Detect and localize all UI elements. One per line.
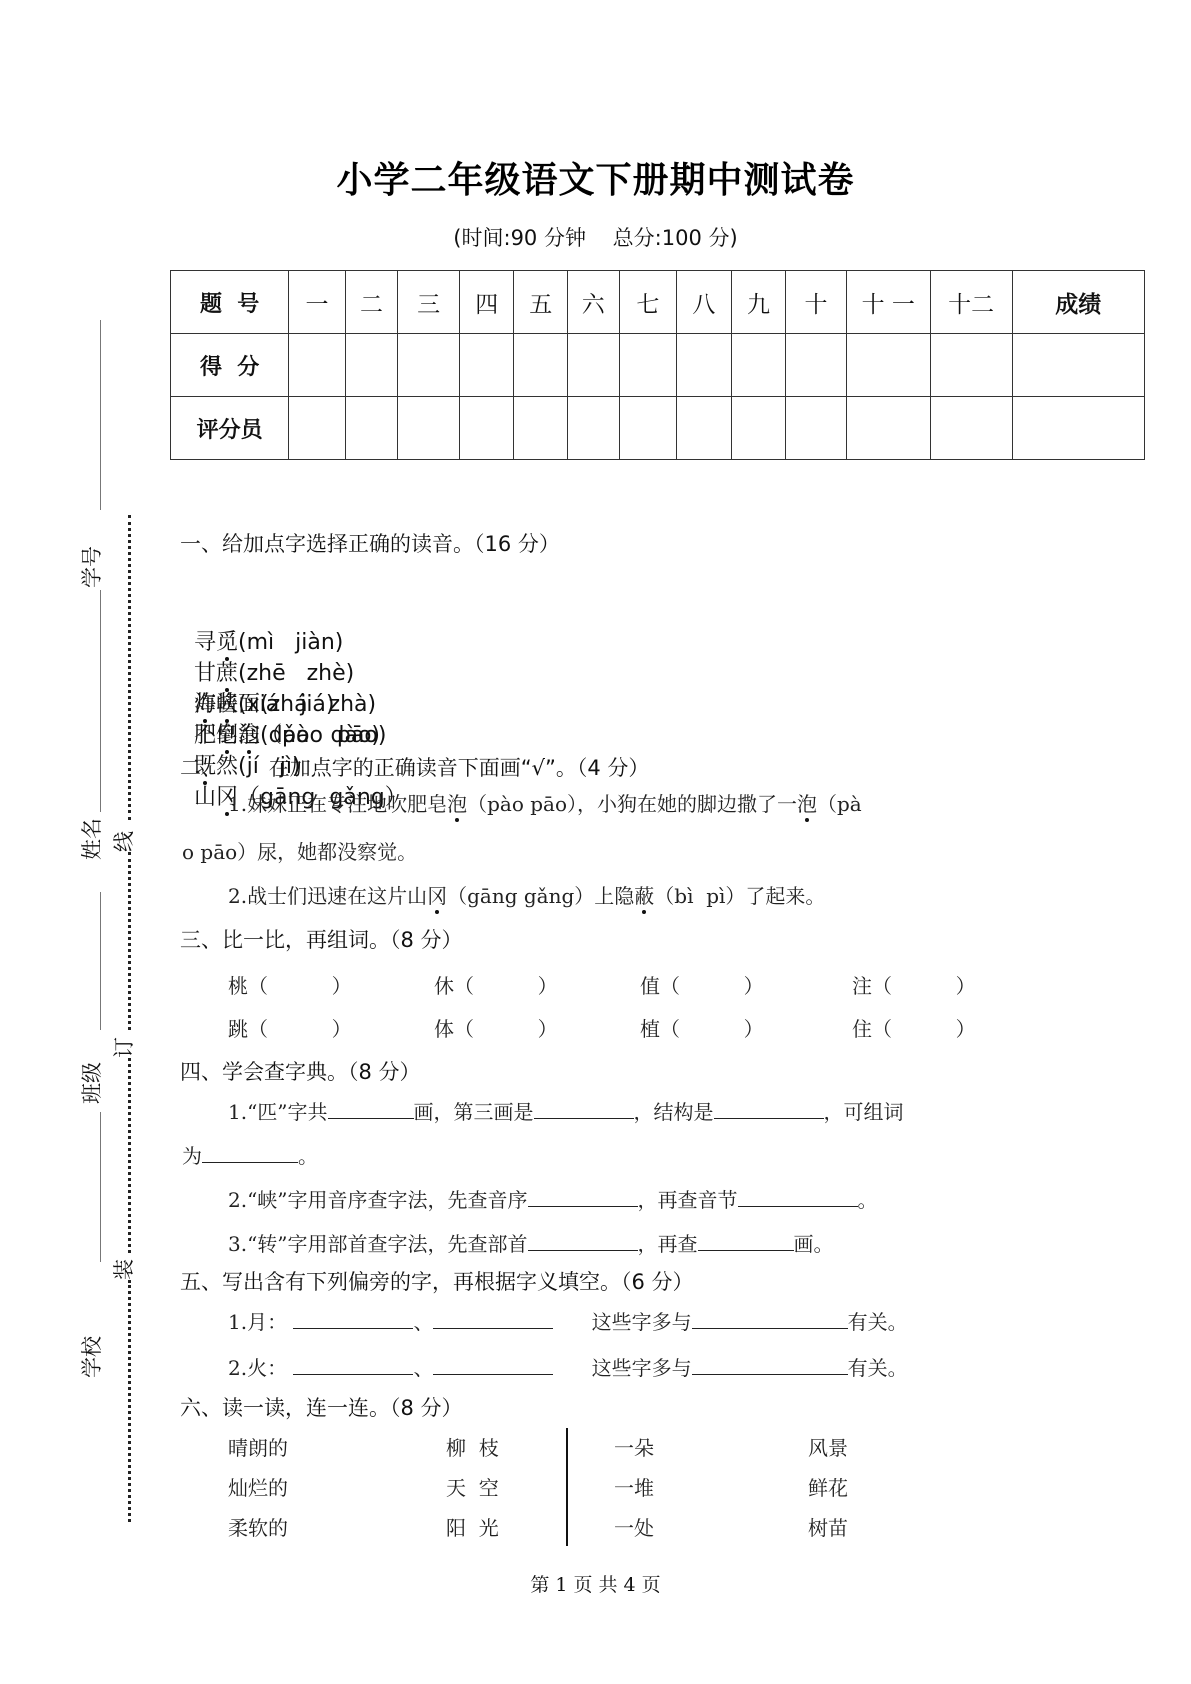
section-2-item-2: 2.战士们迅速在这片山冈（gāng gǎng）上隐蔽（bì pì）了起来。 xyxy=(228,880,825,909)
row-header-grader: 评分员 xyxy=(171,397,289,460)
word-item: 不倒翁(dǎo dào) xyxy=(194,723,380,748)
section-3-heading: 三、比一比，再组词。（8 分） xyxy=(180,924,463,954)
row-header-question-number: 题 号 xyxy=(171,271,289,334)
section-5-heading: 五、写出含有下列偏旁的字，再根据字义填空。（6 分） xyxy=(180,1266,694,1296)
section-4-question-1-cont: 为。 xyxy=(182,1140,318,1169)
score-cell xyxy=(930,334,1012,397)
page-number: 第 1 页 共 4 页 xyxy=(0,1570,1191,1597)
binding-dotted-line xyxy=(128,1280,131,1522)
score-cell xyxy=(459,334,514,397)
grader-cell xyxy=(289,397,346,460)
grader-cell xyxy=(731,397,786,460)
answer-blank[interactable] xyxy=(698,1232,794,1251)
score-row: 得 分 xyxy=(171,334,1145,397)
class-label: 班级 xyxy=(76,1062,106,1104)
compare-item: 值（ ） xyxy=(640,970,764,999)
answer-blank[interactable] xyxy=(738,1188,858,1207)
binding-mark-line: 线 xyxy=(108,831,138,852)
grader-cell xyxy=(846,397,930,460)
match-right-word: 一处 xyxy=(614,1512,654,1541)
column-header: 五 xyxy=(514,271,568,334)
column-header: 一 xyxy=(289,271,346,334)
section-2-heading: 二、 在加点字的正确读音下面画“√”。（4 分） xyxy=(180,752,649,782)
question-number-row: 题 号 一 二 三 四 五 六 七 八 九 十 十 一 十二 成绩 xyxy=(171,271,1145,334)
match-left-target: 天 空 xyxy=(446,1472,499,1501)
column-header: 十二 xyxy=(930,271,1012,334)
match-left-target: 阳 光 xyxy=(446,1512,499,1541)
score-cell xyxy=(345,334,398,397)
name-line xyxy=(100,892,101,1030)
compare-item: 休（ ） xyxy=(434,970,558,999)
column-header: 九 xyxy=(731,271,786,334)
grader-cell-total xyxy=(1012,397,1144,460)
answer-blank[interactable] xyxy=(433,1356,553,1375)
match-right-word: 一朵 xyxy=(614,1432,654,1461)
match-right-word: 一堆 xyxy=(614,1472,654,1501)
answer-blank[interactable] xyxy=(528,1232,638,1251)
grader-cell xyxy=(930,397,1012,460)
answer-blank[interactable] xyxy=(433,1310,553,1329)
binding-mark-bind: 装 xyxy=(108,1259,138,1280)
grader-cell xyxy=(619,397,677,460)
compare-item: 跳（ ） xyxy=(228,1013,352,1042)
exam-info: (时间:90 分钟 总分:100 分) xyxy=(0,222,1191,252)
binding-dotted-line xyxy=(128,515,131,820)
school-label: 学校 xyxy=(76,1336,106,1378)
class-line xyxy=(100,1112,101,1262)
column-header-total: 成绩 xyxy=(1012,271,1144,334)
section-2-item-1: 1.妹妹正在专注地吹肥皂泡（pào pāo），小狗在她的脚边撒了一泡（pà xyxy=(228,788,862,817)
answer-blank[interactable] xyxy=(692,1310,848,1329)
grader-cell xyxy=(568,397,620,460)
column-header: 三 xyxy=(398,271,460,334)
answer-blank[interactable] xyxy=(534,1100,634,1119)
binding-mark-staple: 订 xyxy=(108,1037,138,1058)
column-header: 十 xyxy=(786,271,847,334)
section-4-question-2: 2.“峡”字用音序查字法，先查音序，再查音节。 xyxy=(228,1184,878,1213)
section-1-heading: 一、给加点字选择正确的读音。（16 分） xyxy=(180,528,560,558)
column-header: 六 xyxy=(568,271,620,334)
column-divider xyxy=(566,1428,568,1546)
student-id-line xyxy=(100,590,101,812)
score-cell xyxy=(786,334,847,397)
match-left-word: 晴朗的 xyxy=(228,1432,288,1461)
column-header: 八 xyxy=(677,271,732,334)
grader-cell xyxy=(786,397,847,460)
compare-item: 注（ ） xyxy=(852,970,976,999)
score-cell xyxy=(514,334,568,397)
compare-item: 桃（ ） xyxy=(228,970,352,999)
score-cell xyxy=(846,334,930,397)
answer-blank[interactable] xyxy=(202,1144,298,1163)
section-2-item-1-cont: o pāo）尿，她都没察觉。 xyxy=(182,836,417,865)
score-cell xyxy=(677,334,732,397)
answer-blank[interactable] xyxy=(714,1100,824,1119)
match-left-word: 灿烂的 xyxy=(228,1472,288,1501)
score-cell xyxy=(619,334,677,397)
grader-row: 评分员 xyxy=(171,397,1145,460)
match-right-target: 鲜花 xyxy=(808,1472,848,1501)
answer-blank[interactable] xyxy=(692,1356,848,1375)
match-left-word: 柔软的 xyxy=(228,1512,288,1541)
score-cell xyxy=(568,334,620,397)
section-5-item-2: 2.火： 、 这些字多与有关。 xyxy=(228,1352,908,1381)
match-left-target: 柳 枝 xyxy=(446,1432,499,1461)
section-4-heading: 四、学会查字典。（8 分） xyxy=(180,1056,421,1086)
grader-cell xyxy=(459,397,514,460)
answer-blank[interactable] xyxy=(528,1188,638,1207)
score-cell xyxy=(398,334,460,397)
student-id-label: 学号 xyxy=(76,546,106,588)
answer-blank[interactable] xyxy=(328,1100,414,1119)
compare-item: 住（ ） xyxy=(852,1013,976,1042)
column-header: 二 xyxy=(345,271,398,334)
section-5-item-1: 1.月： 、 这些字多与有关。 xyxy=(228,1306,908,1335)
grader-cell xyxy=(345,397,398,460)
answer-blank[interactable] xyxy=(293,1310,413,1329)
compare-item: 植（ ） xyxy=(640,1013,764,1042)
section-6-heading: 六、读一读，连一连。（8 分） xyxy=(180,1392,463,1422)
page-title: 小学二年级语文下册期中测试卷 xyxy=(0,152,1191,203)
word-item: 寻觅(mì jiàn) xyxy=(194,630,343,655)
answer-blank[interactable] xyxy=(293,1356,413,1375)
binding-dotted-line xyxy=(128,1058,131,1253)
grader-cell xyxy=(514,397,568,460)
column-header: 四 xyxy=(459,271,514,334)
grader-cell xyxy=(677,397,732,460)
compare-item: 体（ ） xyxy=(434,1013,558,1042)
match-right-target: 树苗 xyxy=(808,1512,848,1541)
student-id-line-top xyxy=(100,320,101,510)
section-4-question-3: 3.“转”字用部首查字法，先查部首，再查画。 xyxy=(228,1228,834,1257)
score-cell xyxy=(731,334,786,397)
score-cell-total xyxy=(1012,334,1144,397)
column-header: 七 xyxy=(619,271,677,334)
score-cell xyxy=(289,334,346,397)
word-item: 炸酱面(zhá zhà) xyxy=(194,692,376,717)
match-right-target: 风景 xyxy=(808,1432,848,1461)
binding-dotted-line xyxy=(128,852,131,1030)
score-table: 题 号 一 二 三 四 五 六 七 八 九 十 十 一 十二 成绩 得 分 评分… xyxy=(170,270,1145,460)
section-4-question-1: 1.“匹”字共画，第三画是，结构是，可组词 xyxy=(228,1096,904,1125)
grader-cell xyxy=(398,397,460,460)
column-header: 十 一 xyxy=(846,271,930,334)
row-header-score: 得 分 xyxy=(171,334,289,397)
name-label: 姓名 xyxy=(76,818,106,860)
